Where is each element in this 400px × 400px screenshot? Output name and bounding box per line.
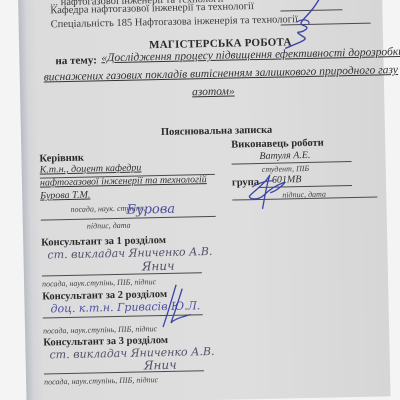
consultant-2-signature-icon	[152, 282, 193, 329]
topic-line-2: виснажених газових покладів витісненням …	[44, 64, 398, 83]
document-page: ... нафтогазової інженерії та технології…	[18, 0, 391, 400]
topic-label: на тему:	[55, 54, 97, 67]
consultant-1-caption: посада, наук.ступінь, ПІБ, підпис	[42, 277, 156, 288]
supervisor-signature: Бурова	[126, 202, 175, 218]
consultant-3-handwritten: ст. викладач Яниченко А.В.	[49, 345, 214, 361]
supervisor-position-line1: К.т.н., доцент кафедри	[40, 162, 142, 175]
supervisor-caption-sign: підпис, дата	[87, 221, 131, 231]
executor-name: Ватуля А.Е.	[259, 150, 310, 162]
consultant-3-caption: посада, наук.ступінь, ПІБ, підпис	[44, 375, 158, 386]
supervisor-position-line2: нафтогазової інженерії та технологій	[40, 174, 207, 188]
consultant-1-line	[42, 272, 202, 276]
topic-line-3: азотом»	[192, 85, 235, 98]
consultant-1-handwritten: ст. викладач Яниченко А.В.	[47, 245, 212, 261]
topic-line-1: «Дослідження процесу підвищення ефективн…	[101, 46, 400, 64]
executor-signature-icon	[244, 168, 293, 213]
consultant-2-caption: посада, наук.ступінь, ПІБ, підпис	[43, 324, 157, 335]
specialty-label: Спеціальність 185 Нафтогазова інженерія …	[51, 14, 298, 30]
explanatory-note-title: Пояснювальна записка	[161, 125, 272, 138]
consultant-1-signature: Янич	[142, 259, 175, 274]
executor-label: Виконавець роботи	[231, 138, 324, 151]
supervisor-name: Бурова Т.М.	[40, 190, 90, 202]
consultant-3-line	[44, 370, 204, 374]
